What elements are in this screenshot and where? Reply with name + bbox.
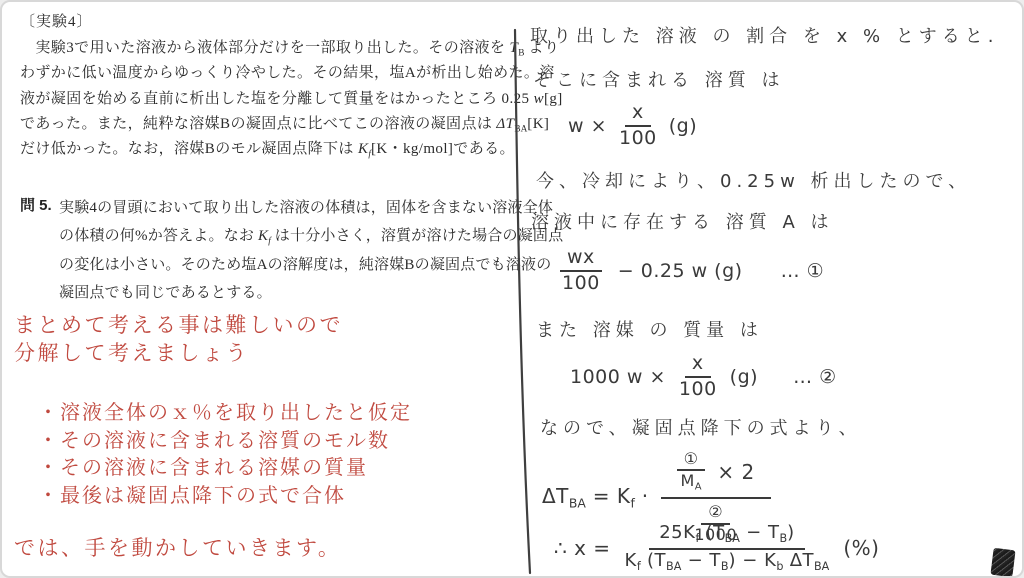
equation-tag-1: … ① xyxy=(781,260,825,282)
paragraph-line: 実験3で用いた溶液から液体部分だけを一部取り出した。その溶液を TB より xyxy=(20,36,512,61)
times-two: × 2 xyxy=(717,460,754,484)
unit-grams: (g) xyxy=(669,115,697,137)
paragraph-line: であった。また，純粋な溶媒Bの凝固点に比べてこの溶液の凝固点は ΔTBA[K] xyxy=(20,112,512,137)
answer-numerator: 25Kf (TBA − TB) xyxy=(649,523,804,550)
question-line: 凝固点でも同じであるとする。 xyxy=(59,279,514,307)
fraction-x-over-100: x 100 xyxy=(619,102,657,150)
formula-subtraction: − 0.25 w (g) xyxy=(618,260,743,282)
worksheet-page: 〔実験4〕 実験3で用いた溶液から液体部分だけを一部取り出した。その溶液を TB… xyxy=(0,0,1024,578)
hw-line-solute-intro: そこに含まれる 溶質 は xyxy=(533,66,784,92)
question-label: 問 5. xyxy=(20,194,52,215)
experiment-paragraph: 実験3で用いた溶液から液体部分だけを一部取り出した。その溶液を TB より わず… xyxy=(20,36,512,162)
fraction-numerator: x xyxy=(625,102,651,127)
molar-mass-A: MA xyxy=(680,471,701,493)
equation-lhs: ΔTBA = Kf · xyxy=(542,484,649,510)
answer-fraction: 25Kf (TBA − TB) Kf (TBA − TB) − Kb ΔTBA xyxy=(625,523,830,573)
fraction-wx-over-100: wx 100 xyxy=(560,247,602,295)
question-line: 実験4の冒頭において取り出した溶液の体積は，固体を含まない溶液全体 xyxy=(59,194,514,222)
unit-grams: (g) xyxy=(730,366,758,388)
fraction-denominator: 100 xyxy=(562,272,600,295)
hw-eq-final-answer: ∴ x = 25Kf (TBA − TB) Kf (TBA − TB) − Kb… xyxy=(554,523,879,573)
paragraph-line: 液が凝固を始める直前に析出した塩を分離して質量をはかったところ 0.25 w[g… xyxy=(20,87,512,112)
circled-1: ① xyxy=(677,450,706,471)
question-line: の体積の何%か答えよ。なお Kf は十分小さく，溶質が溶けた場合の凝固点 xyxy=(59,222,514,250)
fraction-denominator: 100 xyxy=(619,127,657,150)
formula-prefix: 1000 w × xyxy=(570,366,666,388)
note-heading-line: 分解して考えましょう xyxy=(14,339,343,367)
question-body: 実験4の冒頭において取り出した溶液の体積は，固体を含まない溶液全体 の体積の何%… xyxy=(59,194,514,307)
experiment-label: 〔実験4〕 xyxy=(20,10,93,31)
hw-line-solute-a: 溶液中に存在する 溶質 A は xyxy=(531,208,833,234)
inner-fraction-1-over-MA: ① MA xyxy=(677,450,706,493)
paragraph-line: だけ低かった。なお，溶媒Bのモル凝固点降下は Kf[K・kg/mol]である。 xyxy=(20,137,512,162)
therefore-x-equals: ∴ x = xyxy=(554,536,611,560)
fraction-numerator: wx xyxy=(560,247,602,272)
paragraph-line: わずかに低い温度からゆっくり冷やした。その結果，塩Aが析出し始めた。溶 xyxy=(20,61,512,86)
fraction-numerator: x xyxy=(685,353,711,378)
hw-line-cooling: 今、冷却により、0.25w 析出したので、 xyxy=(536,167,971,193)
hw-formula-remaining-solute: wx 100 − 0.25 w (g) … ① xyxy=(560,247,824,295)
note-bullet: ・溶液全体のｘ％を取り出したと仮定 xyxy=(38,399,412,427)
formula-prefix: w × xyxy=(568,115,607,137)
fraction-x-over-100: x 100 xyxy=(679,353,717,401)
question-line: の変化は小さい。そのため塩Aの溶解度は，純溶媒Bの凝固点でも溶液の xyxy=(59,251,514,279)
answer-denominator: Kf (TBA − TB) − Kb ΔTBA xyxy=(625,550,830,574)
note-closing: では、手を動かしていきます。 xyxy=(14,532,341,562)
note-bullet: ・その溶液に含まれる溶媒の質量 xyxy=(38,454,412,482)
hw-line-fp-equation: なので、凝固点降下の式より、 xyxy=(540,414,862,440)
ink-scribble xyxy=(990,548,1015,577)
equation-tag-2: … ② xyxy=(793,366,837,388)
note-bullet: ・最後は凝固点降下の式で合体 xyxy=(38,482,412,510)
fraction-denominator: 100 xyxy=(679,378,717,401)
percent-unit: (%) xyxy=(843,536,879,560)
hw-line-extract-ratio: 取り出した 溶液 の 割合 を x % とすると. xyxy=(530,22,999,48)
note-heading: まとめて考える事は難しいので 分解して考えましょう xyxy=(14,311,343,367)
note-heading-line: まとめて考える事は難しいので xyxy=(14,311,343,339)
hw-formula-solvent-mass: 1000 w × x 100 (g) … ② xyxy=(570,353,837,401)
hw-formula-solute-mass: w × x 100 (g) xyxy=(568,102,697,150)
big-fraction-numerator: ① MA × 2 xyxy=(661,450,771,499)
hw-line-solvent-mass: また 溶媒 の 質量 は xyxy=(536,316,763,342)
note-bullets: ・溶液全体のｘ％を取り出したと仮定 ・その溶液に含まれる溶質のモル数 ・その溶液… xyxy=(38,399,412,509)
note-bullet: ・その溶液に含まれる溶質のモル数 xyxy=(38,427,412,455)
